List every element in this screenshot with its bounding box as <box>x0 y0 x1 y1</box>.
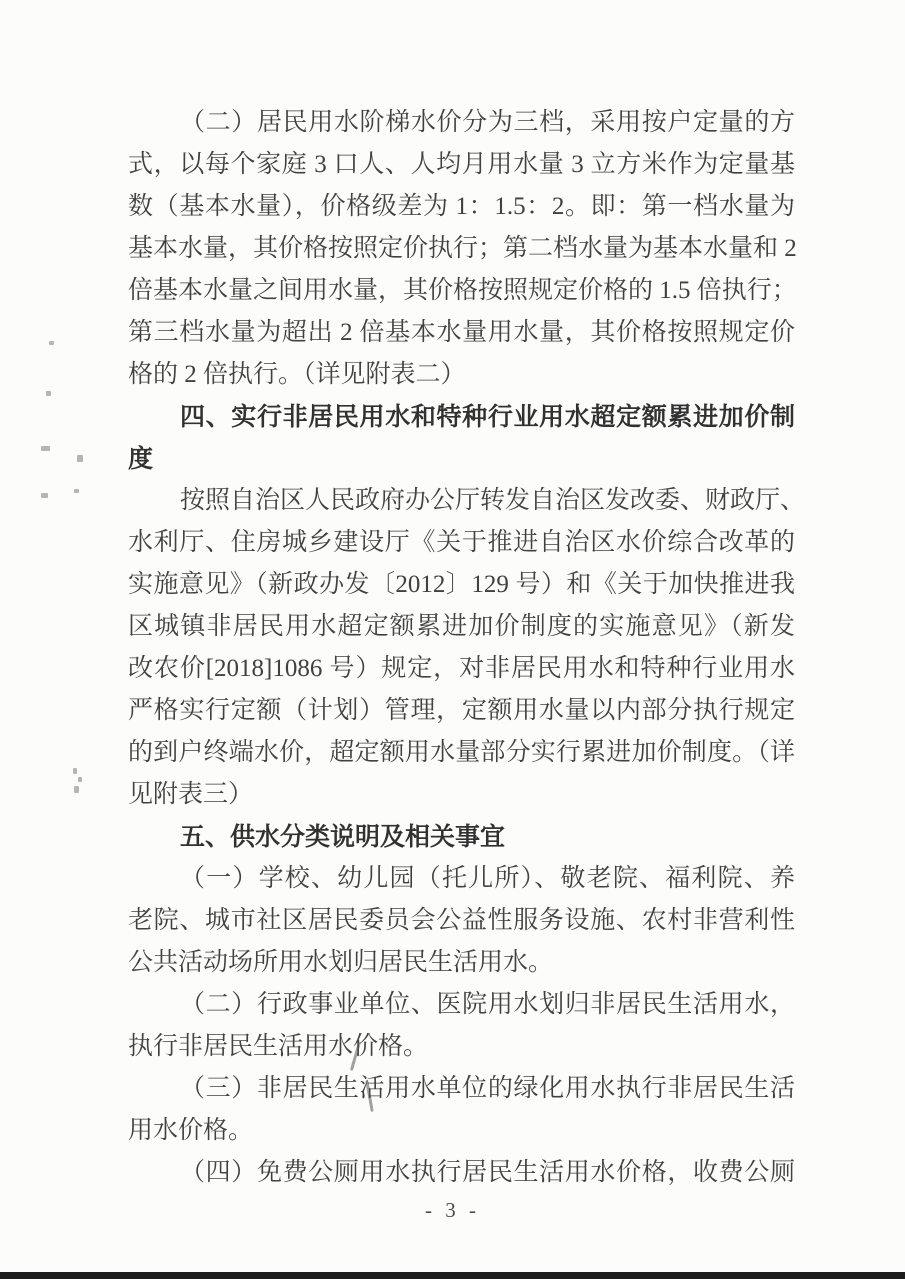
scan-speck <box>49 341 54 345</box>
paragraph-item-1: （一）学校、幼儿园（托儿所）、敬老院、福利院、养 老院、城市社区居民委员会公益性… <box>128 858 795 984</box>
heading-section-5: 五、供水分类说明及相关事宜 <box>128 816 795 858</box>
section-heading-line: 度 <box>128 438 795 480</box>
scan-speck <box>41 446 50 451</box>
text-line: （一）学校、幼儿园（托儿所）、敬老院、福利院、养 <box>128 858 795 900</box>
paragraph-tiered-pricing: （二）居民用水阶梯水价分为三档，采用按户定量的方 式，以每个家庭 3 口人、人均… <box>128 102 795 396</box>
section-heading-line: 四、实行非居民用水和特种行业用水超定额累进加价制 <box>128 396 795 438</box>
text-line: （三）非居民生活用水单位的绿化用水执行非居民生活 <box>128 1068 795 1110</box>
scan-speck <box>77 455 83 462</box>
text-line: 老院、城市社区居民委员会公益性服务设施、农村非营利性 <box>128 900 795 942</box>
scan-speck <box>41 493 48 498</box>
text-line: （二）行政事业单位、医院用水划归非居民生活用水， <box>128 984 795 1026</box>
text-line: 用水价格。 <box>128 1110 795 1152</box>
text-line: 的到户终端水价，超定额用水量部分实行累进加价制度。（详 <box>128 732 795 774</box>
scanned-document-page: （二）居民用水阶梯水价分为三档，采用按户定量的方 式，以每个家庭 3 口人、人均… <box>0 0 905 1279</box>
text-line: 实施意见》（新政办发〔2012〕129 号）和《关于加快推进我 <box>128 564 795 606</box>
scan-speck <box>78 777 82 782</box>
text-line: 数（基本水量），价格级差为 1：1.5：2。即：第一档水量为 <box>128 186 795 228</box>
scan-speck <box>73 768 77 774</box>
text-line: 基本水量，其价格按照定价执行；第二档水量为基本水量和 2 <box>128 228 795 270</box>
heading-section-4: 四、实行非居民用水和特种行业用水超定额累进加价制 度 <box>128 396 795 480</box>
text-line: 公共活动场所用水划归居民生活用水。 <box>128 942 795 984</box>
paragraph-item-4: （四）免费公厕用水执行居民生活用水价格，收费公厕 <box>128 1152 795 1194</box>
text-line: 改农价[2018]1086 号）规定，对非居民用水和特种行业用水 <box>128 648 795 690</box>
paragraph-item-3: （三）非居民生活用水单位的绿化用水执行非居民生活 用水价格。 <box>128 1068 795 1152</box>
section-heading-line: 五、供水分类说明及相关事宜 <box>128 816 795 858</box>
page-number: - 3 - <box>0 1198 905 1223</box>
text-line: （四）免费公厕用水执行居民生活用水价格，收费公厕 <box>128 1152 795 1194</box>
text-line: 式，以每个家庭 3 口人、人均月用水量 3 立方米作为定量基 <box>128 144 795 186</box>
text-line: 倍基本水量之间用水量，其价格按照规定价格的 1.5 倍执行； <box>128 270 795 312</box>
paragraph-over-quota-policy: 按照自治区人民政府办公厅转发自治区发改委、财政厅、 水利厅、住房城乡建设厅《关于… <box>128 480 795 816</box>
text-line: 执行非居民生活用水价格。 <box>128 1026 795 1068</box>
text-line: 水利厅、住房城乡建设厅《关于推进自治区水价综合改革的 <box>128 522 795 564</box>
scan-speck <box>74 489 79 493</box>
paragraph-item-2: （二）行政事业单位、医院用水划归非居民生活用水， 执行非居民生活用水价格。 <box>128 984 795 1068</box>
scan-speck <box>46 391 51 396</box>
text-line: 按照自治区人民政府办公厅转发自治区发改委、财政厅、 <box>128 480 795 522</box>
text-line: 区城镇非居民用水超定额累进加价制度的实施意见》（新发 <box>128 606 795 648</box>
text-line: 严格实行定额（计划）管理，定额用水量以内部分执行规定 <box>128 690 795 732</box>
scan-speck <box>74 786 79 793</box>
document-body: （二）居民用水阶梯水价分为三档，采用按户定量的方 式，以每个家庭 3 口人、人均… <box>128 102 795 1194</box>
text-line: 第三档水量为超出 2 倍基本水量用水量，其价格按照规定价 <box>128 312 795 354</box>
text-line: （二）居民用水阶梯水价分为三档，采用按户定量的方 <box>128 102 795 144</box>
text-line: 见附表三） <box>128 774 795 816</box>
scan-bottom-edge <box>0 1272 905 1279</box>
text-line: 格的 2 倍执行。（详见附表二） <box>128 354 795 396</box>
